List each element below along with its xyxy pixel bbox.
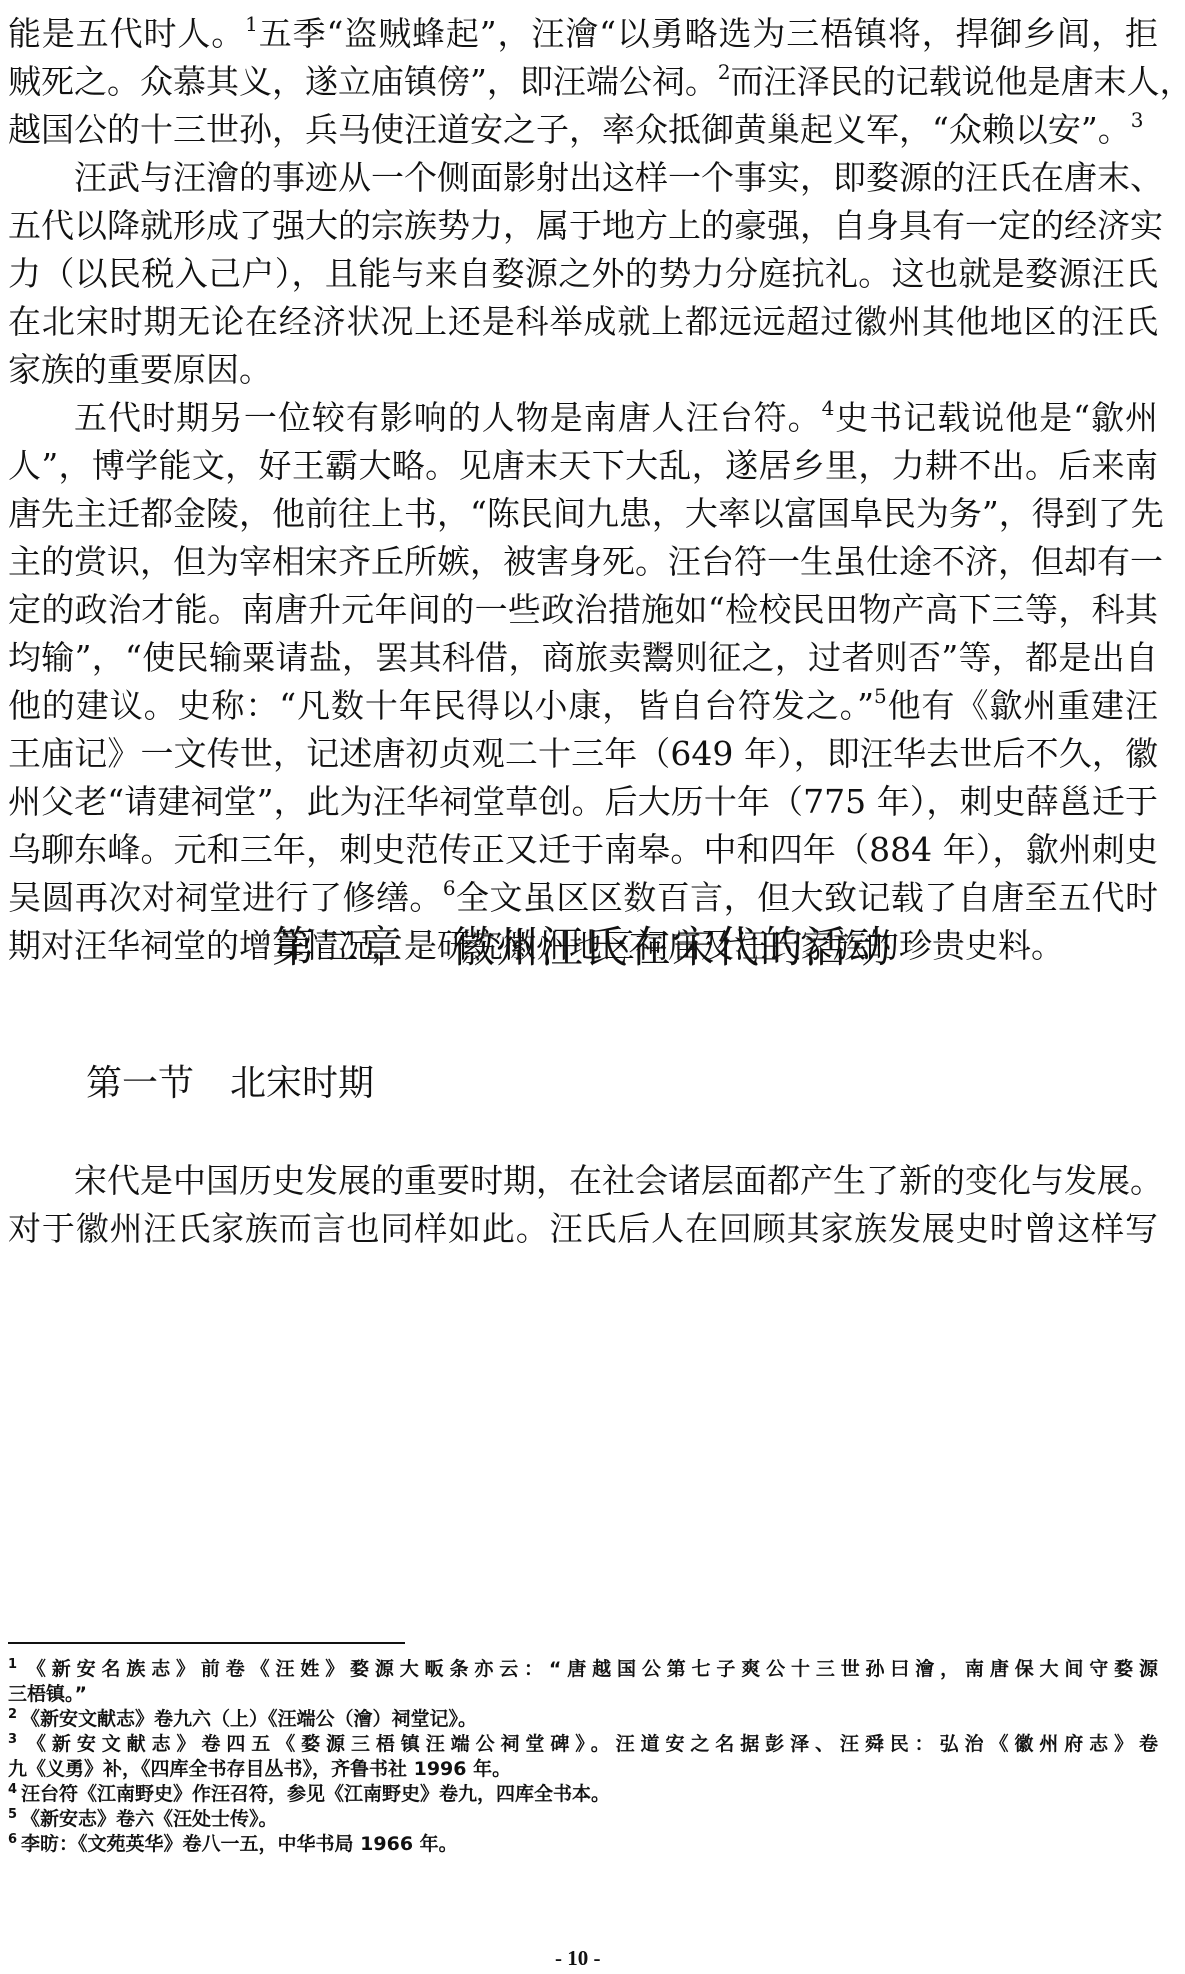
text-line: 王庙记》一文传世，记述唐初贞观二十三年（649 年），即汪华去世后不久，徽 xyxy=(8,730,1158,778)
chapter-number: 第二章 xyxy=(272,923,404,973)
footnote-separator xyxy=(8,1642,405,1644)
paragraph-start-line: 宋代是中国历史发展的重要时期，在社会诸层面都产生了新的变化与发展。 xyxy=(74,1157,1158,1205)
section-title: 北宋时期 xyxy=(230,1063,374,1104)
text-line: 家族的重要原因。 xyxy=(8,346,1158,394)
footnote-ref-5[interactable]: 5 xyxy=(874,684,887,708)
text-line: 主的赏识，但为宰相宋齐丘所嫉，被害身死。汪台符一生虽仕途不济，但却有一 xyxy=(8,538,1158,586)
footnote-4: 4汪台符《江南野史》作汪召符，参见《江南野史》卷九，四库全书本。 xyxy=(8,1782,1158,1807)
footnote-ref-4[interactable]: 4 xyxy=(822,396,835,420)
text-line: 人”，博学能文，好王霸大略。见唐末天下大乱，遂居乡里，力耕不出。后来南 xyxy=(8,442,1158,490)
footnote-1: 1《新安名族志》前卷《汪姓》婺源大畈条亦云：“唐越国公第七子爽公十三世孙曰澮，南… xyxy=(8,1657,1158,1682)
text-line: 力（以民税入己户），且能与来自婺源之外的势力分庭抗礼。这也就是婺源汪氏 xyxy=(8,250,1158,298)
footnote-ref-1[interactable]: 1 xyxy=(245,12,258,36)
chapter-heading: 第二章徽州汪氏在宋代的活动 xyxy=(272,918,892,978)
section-number: 第一节 xyxy=(86,1063,194,1104)
text-line: 他的建议。史称：“凡数十年民得以小康，皆自台符发之。”5他有《歙州重建汪 xyxy=(8,682,1158,730)
text-line: 贼死之。众慕其义，遂立庙镇傍”，即汪端公祠。2而汪泽民的记载说他是唐末人， xyxy=(8,58,1158,106)
text-line: 定的政治才能。南唐升元年间的一些政治措施如“检校民田物产高下三等，科其 xyxy=(8,586,1158,634)
footnote-ref-2[interactable]: 2 xyxy=(718,60,731,84)
text-line: 乌聊东峰。元和三年，刺史范传正又迁于南皋。中和四年（884 年），歙州刺史 xyxy=(8,826,1158,874)
text-line: 五代以降就形成了强大的宗族势力，属于地方上的豪强，自身具有一定的经济实 xyxy=(8,202,1158,250)
text-line: 能是五代时人。1五季“盗贼蜂起”，汪澮“以勇略选为三梧镇将，捍御乡闾，拒 xyxy=(8,10,1158,58)
book-page: 能是五代时人。1五季“盗贼蜂起”，汪澮“以勇略选为三梧镇将，捍御乡闾，拒 贼死之… xyxy=(0,0,1185,1974)
text-line: 唐先主迁都金陵，他前往上书，“陈民间九患，大率以富国阜民为务”，得到了先 xyxy=(8,490,1158,538)
text-line: 均输”，“使民输粟请盐，罢其科借，商旅卖鬻则征之，过者则否”等，都是出自 xyxy=(8,634,1158,682)
text-line: 对于徽州汪氏家族而言也同样如此。汪氏后人在回顾其家族发展史时曾这样写 xyxy=(8,1205,1158,1253)
footnote-3-cont: 九《义勇》补，《四库全书存目丛书》，齐鲁书社 1996 年。 xyxy=(8,1757,1158,1782)
footnote-2: 2《新安文献志》卷九六（上）《汪端公（澮）祠堂记》。 xyxy=(8,1707,1158,1732)
text-line: 吴圆再次对祠堂进行了修缮。6全文虽区区数百言，但大致记载了自唐至五代时 xyxy=(8,874,1158,922)
paragraph-start-line: 五代时期另一位较有影响的人物是南唐人汪台符。4史书记载说他是“歙州 xyxy=(74,394,1158,442)
footnote-5: 5《新安志》卷六《汪处士传》。 xyxy=(8,1807,1158,1832)
footnote-6: 6李昉：《文苑英华》卷八一五，中华书局 1966 年。 xyxy=(8,1832,1158,1857)
footnote-ref-3[interactable]: 3 xyxy=(1131,108,1144,132)
text-line: 在北宋时期无论在经济状况上还是科举成就上都远远超过徽州其他地区的汪氏 xyxy=(8,298,1158,346)
chapter-title: 徽州汪氏在宋代的活动 xyxy=(452,923,892,973)
paragraph-start-line: 汪武与汪澮的事迹从一个侧面影射出这样一个事实，即婺源的汪氏在唐末、 xyxy=(74,154,1158,202)
text-line: 州父老“请建祠堂”，此为汪华祠堂草创。后大历十年（775 年），刺史薛邕迁于 xyxy=(8,778,1158,826)
page-number: - 10 - xyxy=(555,1946,601,1971)
footnote-3: 3《新安文献志》卷四五《婺源三梧镇汪端公祠堂碑》。汪道安之名据彭泽、汪舜民：弘治… xyxy=(8,1732,1158,1757)
text-line: 越国公的十三世孙，兵马使汪道安之子，率众抵御黄巢起义军，“众赖以安”。3 xyxy=(8,106,1158,154)
footnote-1-cont: 三梧镇。” xyxy=(8,1682,1158,1707)
section-heading: 第一节北宋时期 xyxy=(86,1058,374,1110)
footnote-ref-6[interactable]: 6 xyxy=(443,876,456,900)
